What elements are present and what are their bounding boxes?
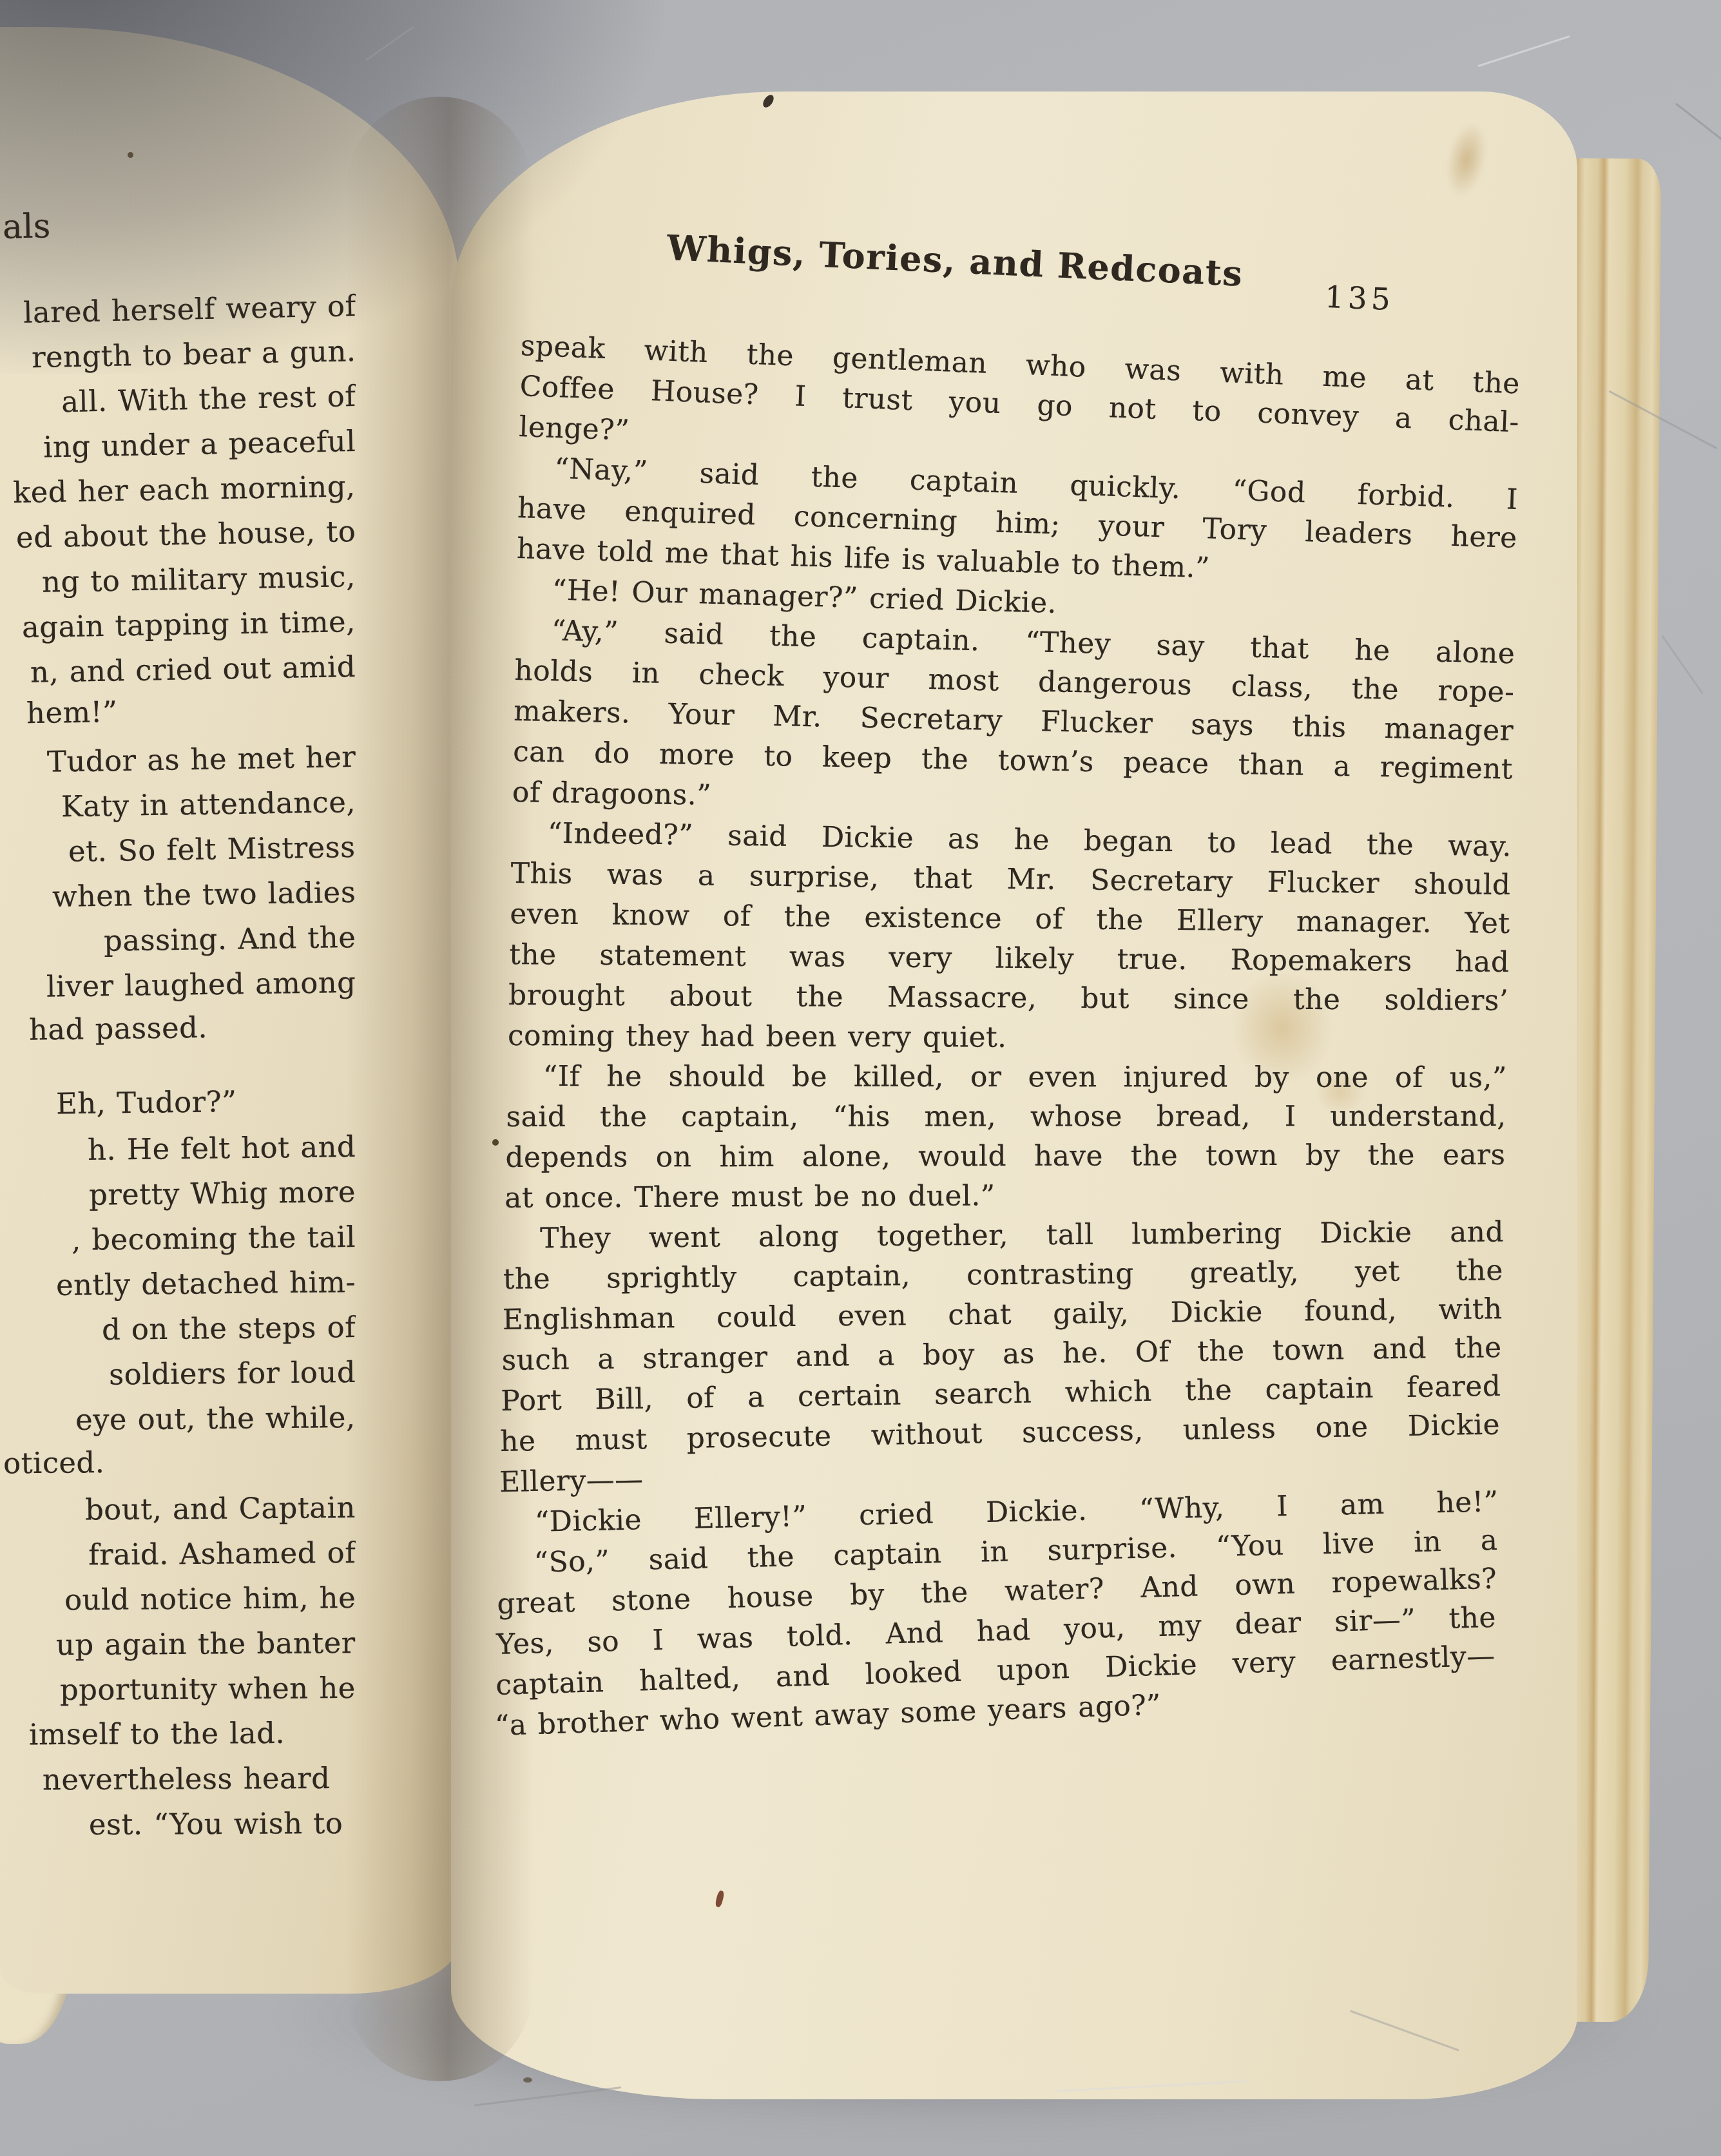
book-text-line: ked her each morning, (13, 464, 356, 515)
surface-scratch (365, 26, 414, 61)
book-text-line: h. He felt hot and (87, 1124, 356, 1173)
book-text-line: brought about the Massacre, but since th… (508, 975, 1508, 1021)
book-text-line: eye out, the while, (75, 1395, 356, 1443)
book-text-line: est. “You wish to (89, 1801, 343, 1846)
book-text-line: pretty Whig more (89, 1169, 356, 1218)
book-text-line: rength to bear a gun. (31, 329, 356, 380)
book-text-line: oticed. (3, 1440, 104, 1486)
book-text-line: up again the banter (56, 1621, 356, 1668)
book-text-line: ently detached him- (56, 1260, 356, 1308)
book-text-line: at once. There must be no duel.” (505, 1173, 1505, 1218)
book-text-line: depends on him alone, would have the tow… (505, 1135, 1505, 1178)
book-text-line: coming they had been very quiet. (508, 1015, 1508, 1059)
surface-scratch (1661, 635, 1704, 695)
book-text-line: all. With the rest of (61, 374, 356, 425)
book-text-line: passing. And the (103, 915, 356, 964)
photo-scene: { "colors":{"surface_gray":"#b3b5b9","pa… (0, 0, 1721, 2156)
left-page-text-column: lared herself weary ofrength to bear a g… (0, 284, 356, 1846)
book-text-line: hem!” (26, 689, 118, 736)
book-text-line: said the captain, “his men, whose bread,… (506, 1096, 1506, 1137)
book-text-line: ing under a peaceful (43, 419, 356, 470)
fore-edge-page-stack (1563, 159, 1661, 2023)
book-text-line: pportunity when he (60, 1666, 356, 1713)
book-text-line: d on the steps of (102, 1305, 356, 1352)
book-text-line: imself to the lad. (29, 1711, 285, 1757)
right-page-text-column: speak with the gentleman who was with me… (495, 325, 1495, 1746)
book-text-line: n, and cried out amid (30, 644, 356, 695)
book-text-line: Tudor as he met her (46, 735, 356, 785)
book-text-line: et. So felt Mistress (68, 825, 356, 874)
book-text-line: soldiers for loud (109, 1350, 356, 1398)
surface-scratch (1477, 35, 1570, 67)
book-text-line: ng to military music, (42, 554, 356, 605)
book-text-line: “If he should be killed, or even injured… (507, 1056, 1507, 1098)
page-number: 135 (1324, 280, 1395, 318)
book-text-line: Katy in attendance, (61, 780, 356, 829)
book-text-line: had passed. (29, 1005, 208, 1053)
book-text-line: when the two ladies (52, 870, 356, 919)
book-text-line: Eh, Tudor?” (55, 1079, 236, 1127)
book-text-line: liver laughed among (46, 960, 356, 1010)
book-text-line: again tapping in time, (22, 599, 356, 650)
book-text-line: bout, and Captain (85, 1485, 356, 1533)
book-text-line: nevertheless heard (42, 1756, 330, 1803)
book-text-line: fraid. Ashamed of (88, 1530, 356, 1577)
book-text-line: ed about the house, to (15, 509, 356, 561)
book-text-line: ould notice him, he (64, 1575, 356, 1622)
book-text-line: , becoming the tail (72, 1215, 356, 1263)
surface-scratch (1675, 102, 1721, 151)
book-text-line: lared herself weary of (23, 284, 356, 336)
left-running-header-fragment: als (2, 207, 50, 246)
